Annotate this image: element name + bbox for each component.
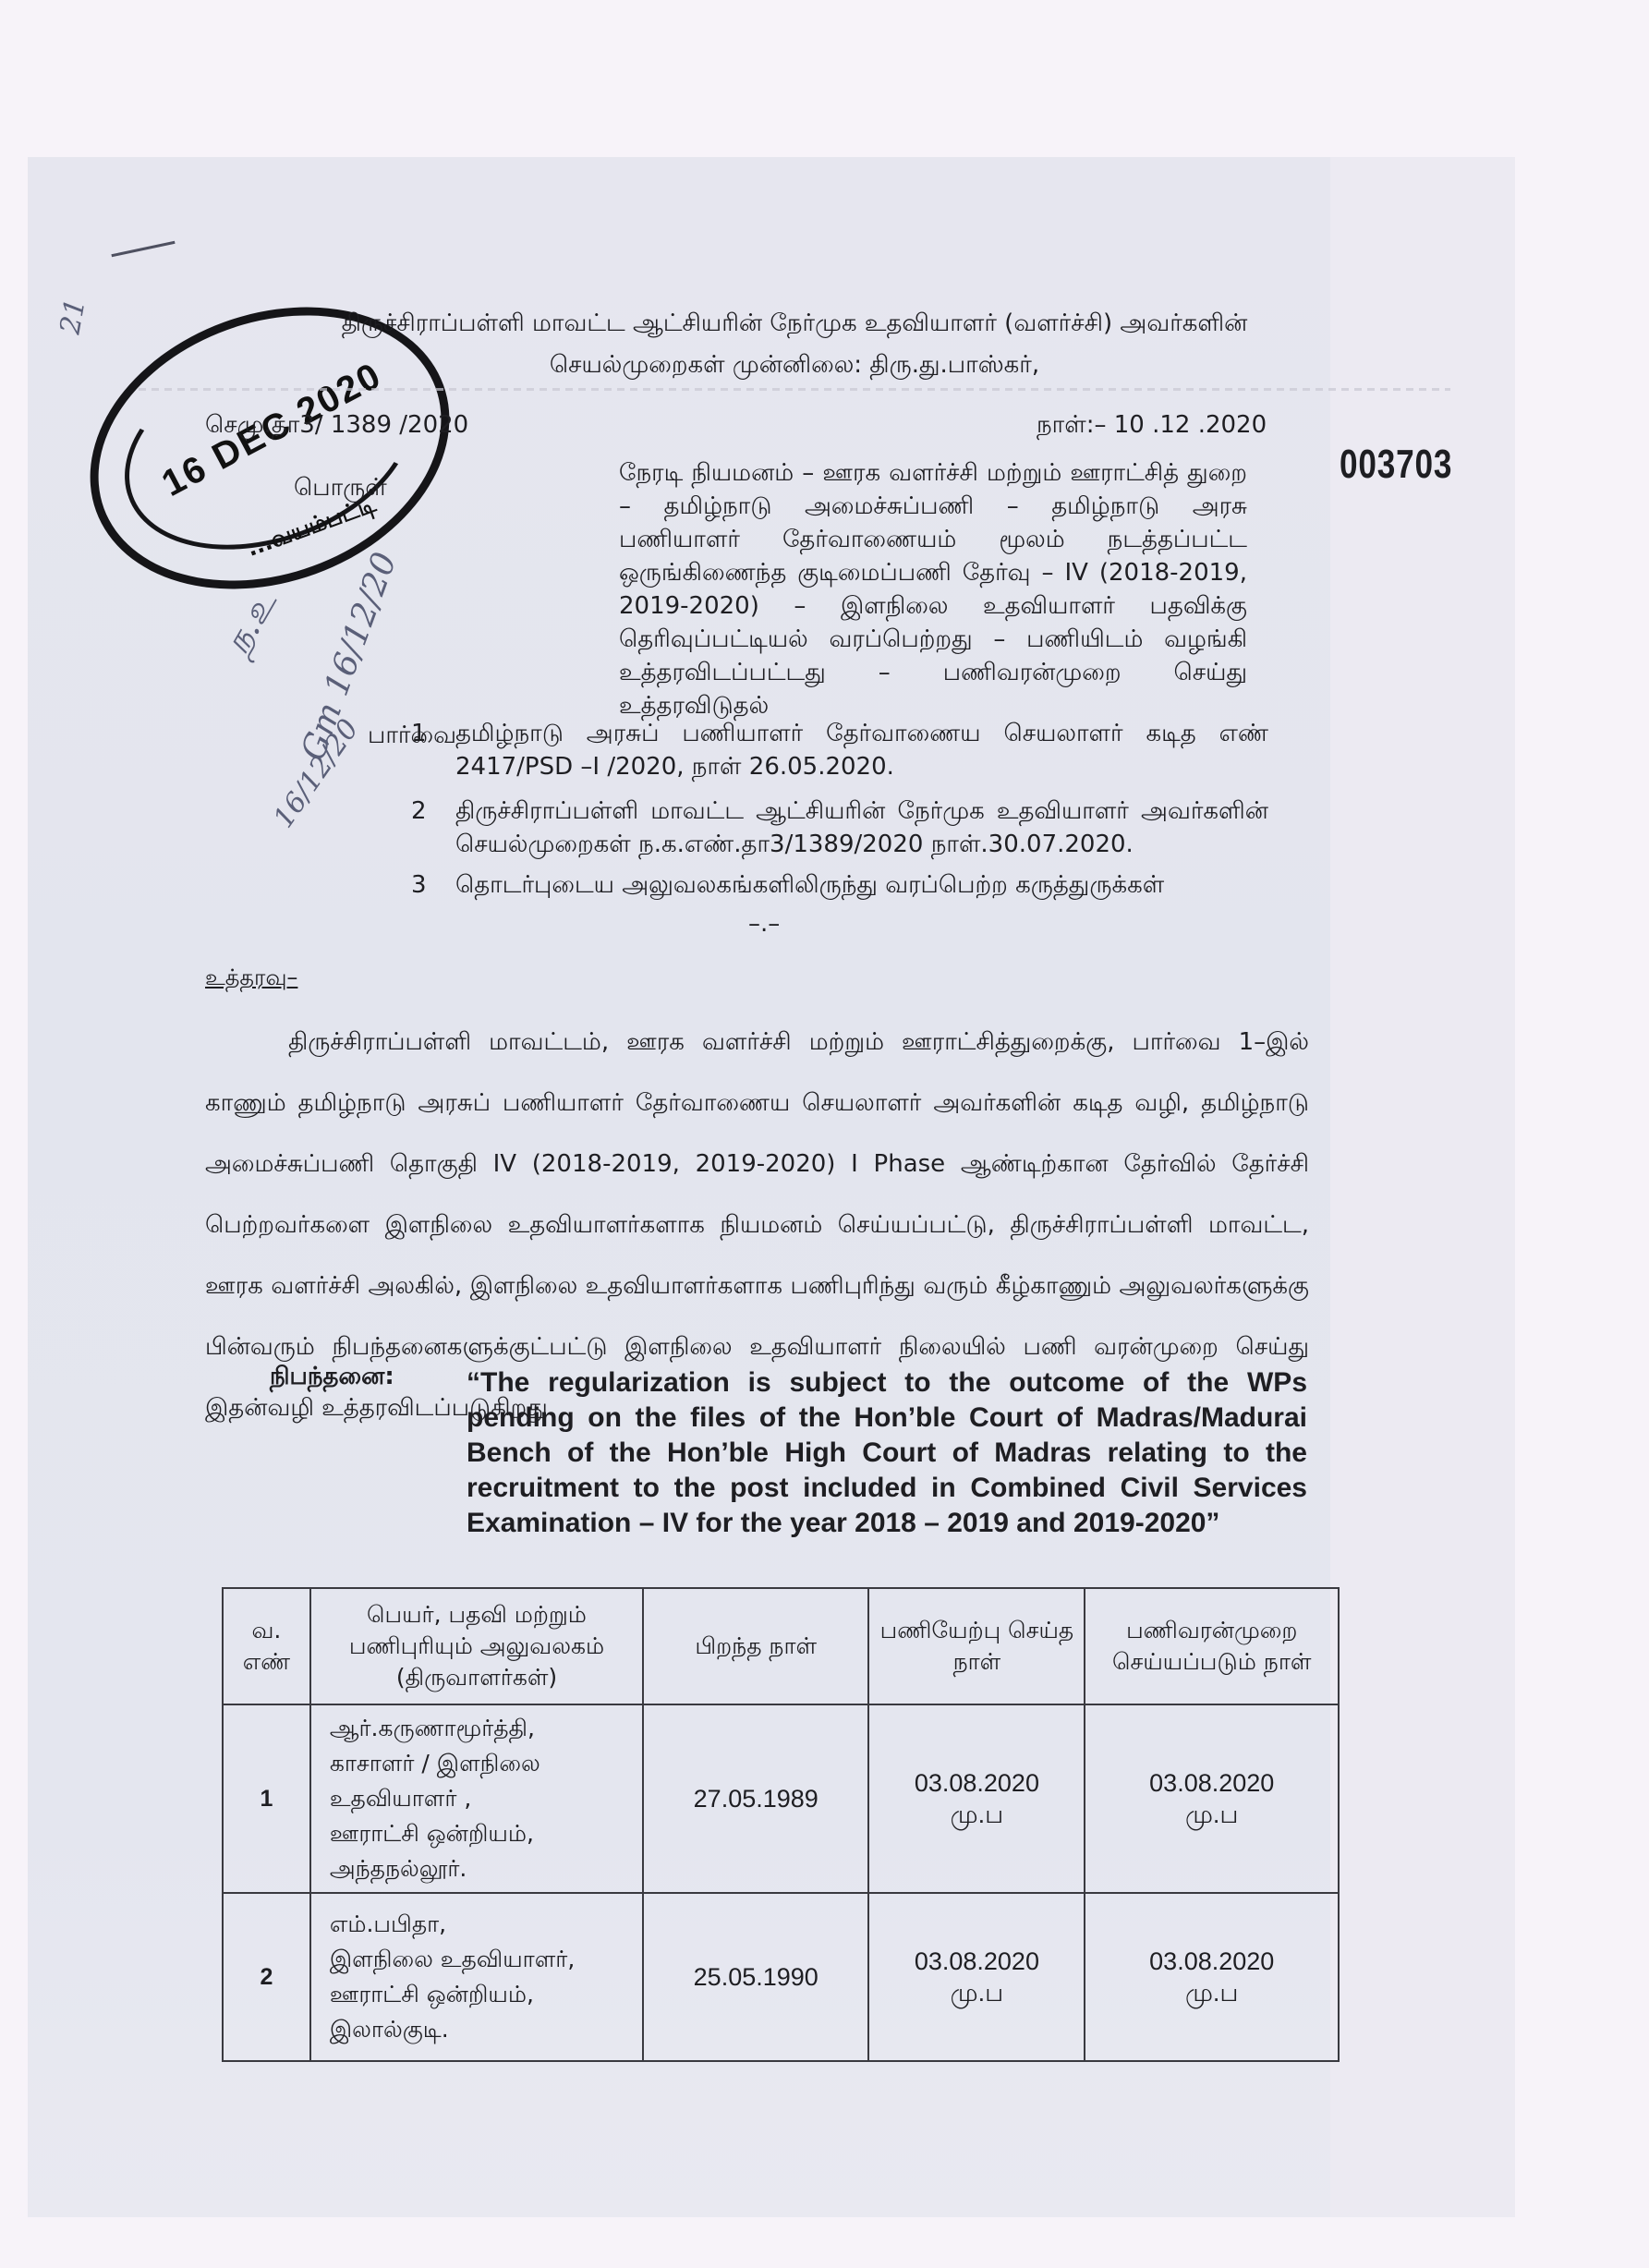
- document-header-line1: திருச்சிராப்பள்ளி மாவட்ட ஆட்சியரின் நேர்…: [305, 305, 1284, 342]
- column-header-joining-date: பணியேற்பு செய்த நாள்: [868, 1588, 1085, 1704]
- name-line: இளநிலை உதவியாளர்,: [330, 1942, 633, 1977]
- reference-number: செமு.தா3/ 1389 /2020: [205, 406, 468, 443]
- name-line: உதவியாளர் ,: [330, 1781, 633, 1816]
- name-line: காசாளர் / இளநிலை: [330, 1746, 633, 1781]
- name-line: ஊராட்சி ஒன்றியம்,: [330, 1816, 633, 1851]
- regularization-table: வ. எண் பெயர், பதவி மற்றும் பணிபுரியும் அ…: [222, 1587, 1340, 2062]
- name-line: ஊராட்சி ஒன்றியம்,: [330, 1977, 633, 2012]
- reference-text: திருச்சிராப்பள்ளி மாவட்ட ஆட்சியரின் நேர்…: [455, 794, 1268, 861]
- subject-label: பொருள்: [294, 469, 387, 506]
- cell-regularization-date: 03.08.2020 மு.ப: [1085, 1704, 1339, 1893]
- table-row: 1 ஆர்.கருணாமூர்த்தி, காசாளர் / இளநிலை உத…: [223, 1704, 1339, 1893]
- condition-text: “The regularization is subject to the ou…: [467, 1365, 1307, 1541]
- reference-text: தமிழ்நாடு அரசுப் பணியாளர் தேர்வாணைய செயல…: [455, 717, 1268, 783]
- scan-artifact-line: [139, 388, 1450, 391]
- name-line: அந்தநல்லூர்.: [330, 1851, 633, 1886]
- document-header-line2: செயல்முறைகள் முன்னிலை: திரு.து.பாஸ்கர்,: [305, 346, 1284, 383]
- subject-text: நேரடி நியமனம் – ஊரக வளர்ச்சி மற்றும் ஊரா…: [619, 456, 1247, 722]
- cell-joining-date: 03.08.2020 மு.ப: [868, 1893, 1085, 2061]
- column-header-serial: வ. எண்: [223, 1588, 310, 1704]
- serial-number: 003703: [1340, 442, 1452, 488]
- column-header-dob: பிறந்த நாள்: [643, 1588, 868, 1704]
- cell-name: எம்.பபிதா, இளநிலை உதவியாளர், ஊராட்சி ஒன்…: [310, 1893, 643, 2061]
- order-heading: உத்தரவு–: [205, 959, 297, 996]
- handwritten-page-mark: 21: [55, 297, 92, 337]
- session-value: மு.ப: [1095, 1799, 1328, 1830]
- column-header-name: பெயர், பதவி மற்றும் பணிபுரியும் அலுவலகம்…: [310, 1588, 643, 1704]
- reference-number-label: 3: [411, 868, 430, 902]
- reference-text: தொடர்புடைய அலுவலகங்களிலிருந்து வரப்பெற்ற…: [455, 868, 1268, 902]
- cell-name: ஆர்.கருணாமூர்த்தி, காசாளர் / இளநிலை உதவி…: [310, 1704, 643, 1893]
- section-divider: –.–: [748, 905, 780, 942]
- column-header-regularization-date: பணிவரன்முறை செய்யப்படும் நாள்: [1085, 1588, 1339, 1704]
- date-value: 03.08.2020: [879, 1946, 1074, 1977]
- reference-number-label: 2: [411, 794, 430, 828]
- session-value: மு.ப: [879, 1799, 1074, 1830]
- table-row: 2 எம்.பபிதா, இளநிலை உதவியாளர், ஊராட்சி ஒ…: [223, 1893, 1339, 2061]
- date-value: 03.08.2020: [1095, 1946, 1328, 1977]
- name-line: ஆர்.கருணாமூர்த்தி,: [330, 1711, 633, 1746]
- cell-serial: 2: [223, 1893, 310, 2061]
- session-value: மு.ப: [1095, 1977, 1328, 2008]
- cell-serial: 1: [223, 1704, 310, 1893]
- table-header-row: வ. எண் பெயர், பதவி மற்றும் பணிபுரியும் அ…: [223, 1588, 1339, 1704]
- session-value: மு.ப: [879, 1977, 1074, 2008]
- cell-dob: 27.05.1989: [643, 1704, 868, 1893]
- name-line: இலால்குடி.: [330, 2012, 633, 2047]
- cell-joining-date: 03.08.2020 மு.ப: [868, 1704, 1085, 1893]
- condition-label: நிபந்தனை:: [270, 1358, 394, 1395]
- date-value: 03.08.2020: [1095, 1767, 1328, 1799]
- name-line: எம்.பபிதா,: [330, 1907, 633, 1942]
- document-date: நாள்:– 10 .12 .2020: [1037, 406, 1267, 443]
- cell-dob: 25.05.1990: [643, 1893, 868, 2061]
- cell-regularization-date: 03.08.2020 மு.ப: [1085, 1893, 1339, 2061]
- reference-number-label: 1: [411, 717, 430, 750]
- date-value: 03.08.2020: [879, 1767, 1074, 1799]
